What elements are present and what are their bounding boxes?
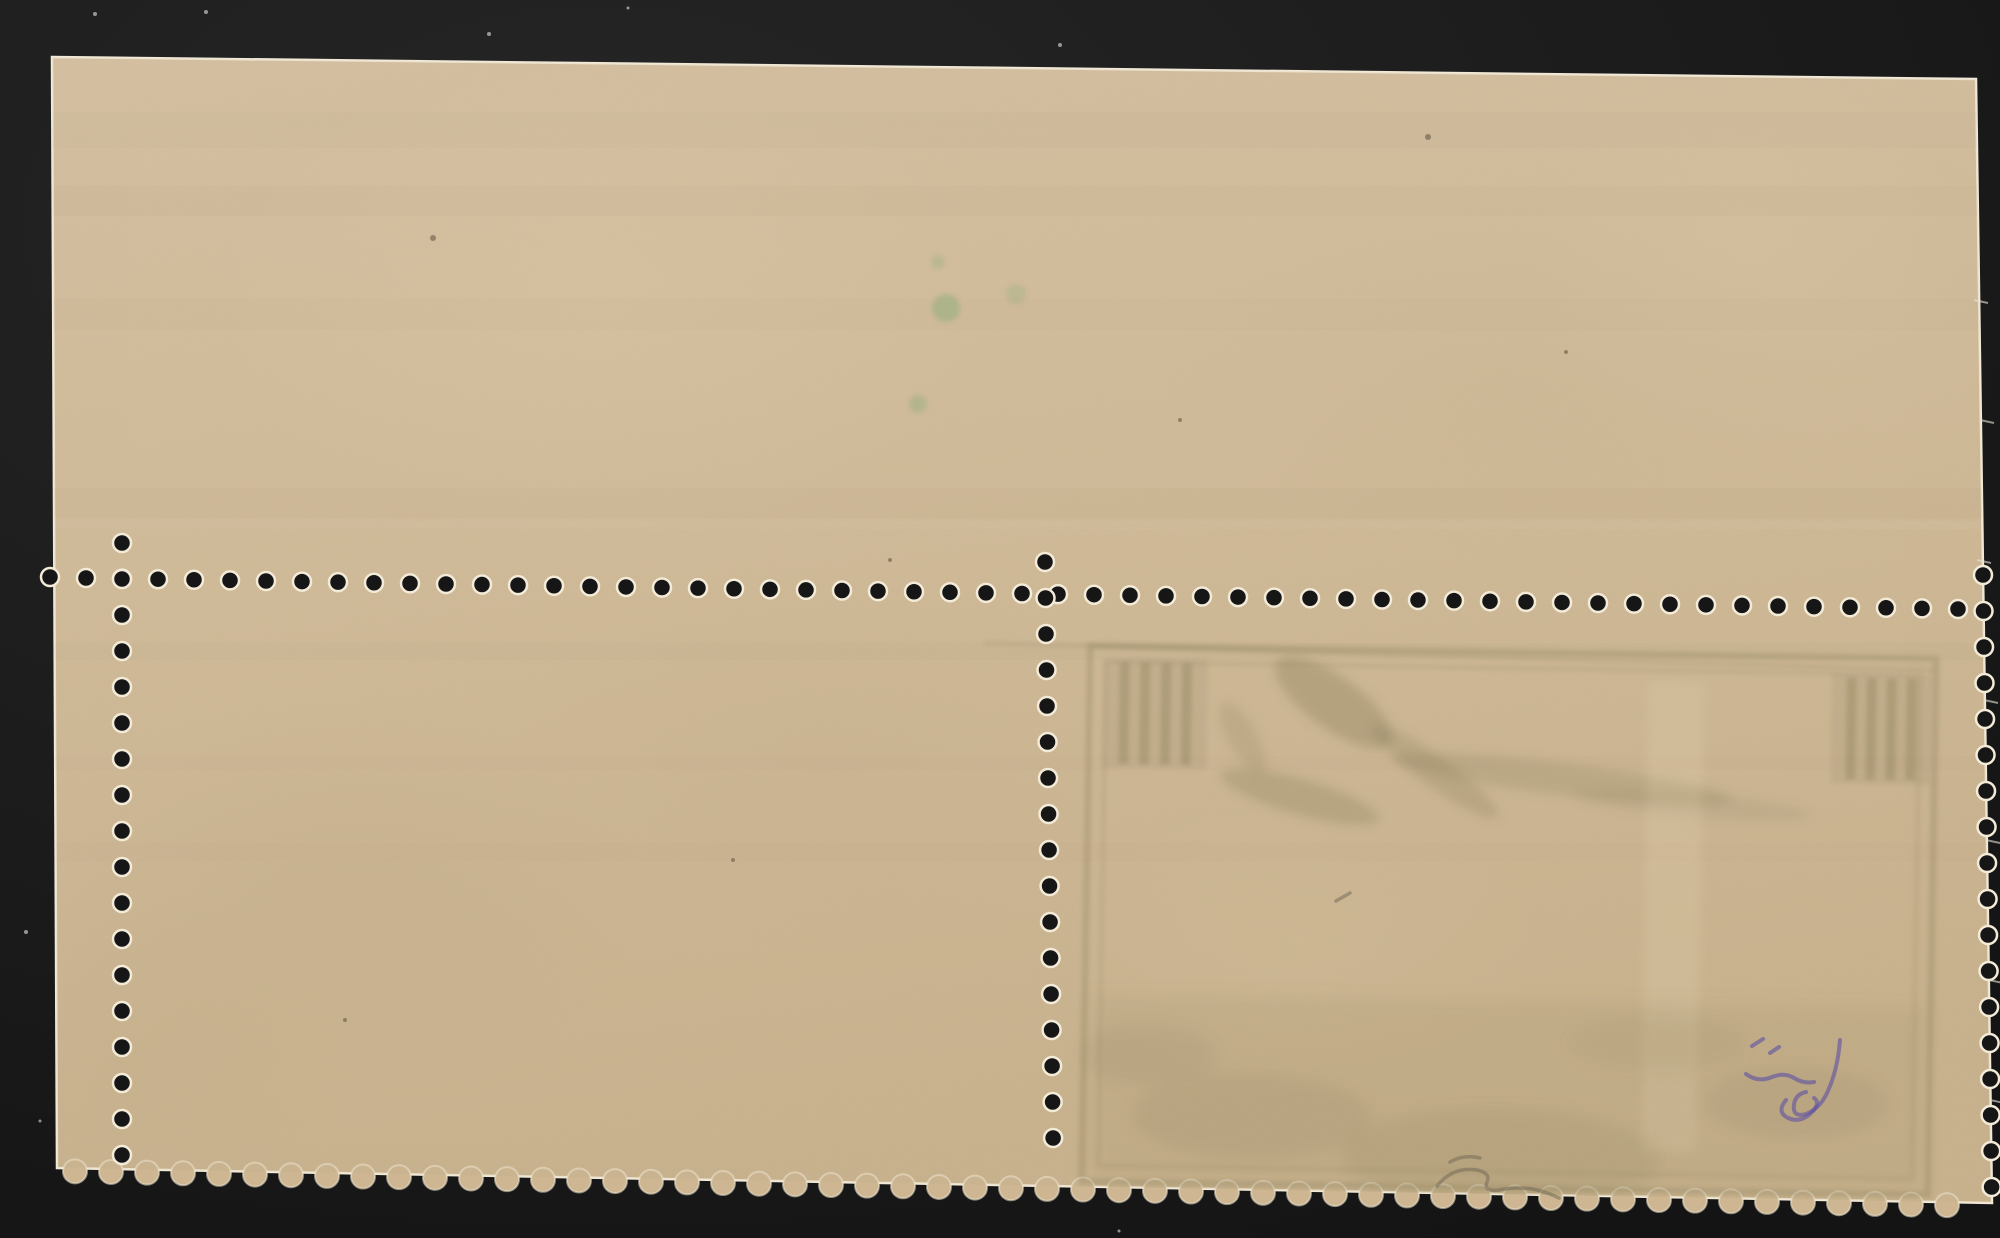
mottle-patch: [500, 560, 1140, 960]
perforation-hole: [1085, 586, 1103, 604]
perforation-hole: [1039, 733, 1057, 751]
perforation-hole: [257, 572, 275, 590]
perforation-hole: [1038, 661, 1056, 679]
green-smudge: [909, 395, 927, 413]
perforation-hole: [1040, 805, 1058, 823]
perforation-hole: [1733, 596, 1751, 614]
perforation-hole: [1042, 985, 1060, 1003]
right-edge-bite: [1982, 1106, 2000, 1124]
right-edge-bite: [1980, 998, 1998, 1016]
perforation-hole: [401, 574, 419, 592]
showthrough-value-tablet: [1830, 673, 1932, 785]
perforation-hole: [1769, 597, 1787, 615]
perforation-hole: [1805, 598, 1823, 616]
paper-speck: [888, 558, 892, 562]
perforation-hole: [113, 1110, 131, 1128]
perforation-hole: [977, 584, 995, 602]
perforation-hole: [113, 1146, 131, 1164]
perforation-hole: [1337, 590, 1355, 608]
tablet-bar: [1885, 678, 1897, 780]
perforation-hole: [77, 569, 95, 587]
tablet-bar: [1181, 663, 1193, 765]
tablet-bar: [1118, 662, 1130, 764]
green-smudge: [931, 255, 945, 269]
perforation-hole: [1697, 596, 1715, 614]
perforation-hole: [1193, 587, 1211, 605]
tablet-fill: [1102, 658, 1208, 770]
right-edge-bite: [1975, 602, 1993, 620]
tablet-bar: [1160, 663, 1172, 765]
right-edge-bite: [1979, 890, 1997, 908]
tablet-bar: [1139, 662, 1151, 764]
perforation-hole: [113, 570, 131, 588]
dust-speck: [39, 1120, 42, 1123]
edge-half-hole: [41, 568, 59, 586]
perforation-hole: [653, 579, 671, 597]
perforation-hole: [221, 571, 239, 589]
perforation-hole: [1553, 593, 1571, 611]
perforation-hole: [185, 571, 203, 589]
perforation-hole: [1043, 1021, 1061, 1039]
perforation-hole: [1445, 592, 1463, 610]
perforation-hole: [1517, 593, 1535, 611]
perforation-hole: [1625, 595, 1643, 613]
right-edge-bite: [1979, 926, 1997, 944]
right-edge-bite: [1978, 854, 1996, 872]
perforation-hole: [113, 822, 131, 840]
right-edge-bite: [1976, 674, 1994, 692]
perforation-hole: [437, 575, 455, 593]
perforation-hole: [149, 570, 167, 588]
showthrough-value-tablet: [1102, 658, 1208, 770]
perforation-hole: [1877, 599, 1895, 617]
perforation-hole: [473, 576, 491, 594]
paper-speck: [1564, 350, 1568, 354]
stamp-scan-stage: Scanned back of a mint corner-margin sin…: [0, 0, 2000, 1238]
perforation-hole: [113, 1074, 131, 1092]
perforation-hole: [1913, 599, 1931, 617]
perforation-hole: [1841, 598, 1859, 616]
dust-speck: [627, 7, 630, 10]
dust-speck: [204, 10, 208, 14]
perforation-hole: [941, 583, 959, 601]
perforation-hole: [113, 786, 131, 804]
perforation-hole: [1661, 595, 1679, 613]
tablet-bar: [1865, 678, 1877, 780]
perforation-hole: [905, 583, 923, 601]
perforation-hole: [1589, 594, 1607, 612]
right-edge-bite: [1974, 566, 1992, 584]
perforation-hole: [1301, 589, 1319, 607]
dust-speck: [1058, 43, 1062, 47]
perforation-hole: [1157, 587, 1175, 605]
perforation-hole: [617, 578, 635, 596]
perforation-hole: [113, 606, 131, 624]
right-edge-bite: [1980, 962, 1998, 980]
perforation-hole: [1481, 592, 1499, 610]
perforation-hole: [1013, 585, 1031, 603]
perforation-hole: [545, 577, 563, 595]
perforation-hole: [293, 573, 311, 591]
perforation-hole: [1037, 589, 1055, 607]
right-edge-bite: [1978, 818, 1996, 836]
paper-speck: [731, 858, 735, 862]
perforation-hole: [113, 894, 131, 912]
perforation-hole: [1038, 697, 1056, 715]
perforation-hole: [509, 576, 527, 594]
right-edge-bite: [1977, 782, 1995, 800]
perforation-hole: [113, 534, 131, 552]
right-edge-bite: [1983, 1178, 2000, 1196]
perforation-hole: [869, 582, 887, 600]
perforation-hole: [113, 750, 131, 768]
perforation-hole: [113, 642, 131, 660]
perforation-hole: [113, 1038, 131, 1056]
green-smudge: [1006, 284, 1026, 304]
perforation-hole: [329, 573, 347, 591]
perforation-hole: [1949, 600, 1967, 618]
perforation-hole: [113, 858, 131, 876]
perforation-hole: [113, 714, 131, 732]
paper-speck: [1425, 134, 1431, 140]
perforation-hole: [833, 582, 851, 600]
perforation-hole: [365, 574, 383, 592]
right-edge-bite: [1982, 1142, 2000, 1160]
dust-speck: [24, 930, 28, 934]
perforation-hole: [113, 966, 131, 984]
perforation-hole: [113, 1002, 131, 1020]
perforation-hole: [725, 580, 743, 598]
perforation-hole: [797, 581, 815, 599]
paper-speck: [430, 235, 436, 241]
perforation-hole: [1042, 949, 1060, 967]
right-edge-bite: [1977, 746, 1995, 764]
right-edge-bite: [1976, 710, 1994, 728]
perforation-hole: [1373, 590, 1391, 608]
dust-speck: [1118, 1230, 1121, 1233]
perforation-hole: [581, 577, 599, 595]
perforation-hole: [1041, 913, 1059, 931]
perforation-hole: [1041, 877, 1059, 895]
paper-speck: [343, 1018, 347, 1022]
right-edge-bite: [1975, 638, 1993, 656]
perforation-hole: [113, 678, 131, 696]
tablet-bar: [1905, 678, 1917, 780]
paper-speck: [1178, 418, 1182, 422]
perforation-hole: [1036, 553, 1054, 571]
perforation-hole: [1044, 1129, 1062, 1147]
perforation-hole: [113, 930, 131, 948]
mottle-patch: [200, 50, 1000, 550]
perforation-hole: [1044, 1093, 1062, 1111]
perforation-hole: [1043, 1057, 1061, 1075]
tablet-bar: [1845, 677, 1857, 779]
perforation-hole: [1265, 589, 1283, 607]
green-smudge: [932, 294, 960, 322]
perforation-hole: [1121, 586, 1139, 604]
perforation-hole: [1037, 625, 1055, 643]
perforation-hole: [1409, 591, 1427, 609]
perforation-hole: [1229, 588, 1247, 606]
dust-speck: [487, 32, 491, 36]
right-edge-bite: [1981, 1034, 1999, 1052]
dust-speck: [93, 12, 97, 16]
perforation-hole: [1040, 841, 1058, 859]
mottle-patch: [1520, 50, 1980, 450]
stamp-scan: Scanned back of a mint corner-margin sin…: [0, 0, 2000, 1238]
perforation-hole: [1039, 769, 1057, 787]
right-edge-bite: [1981, 1070, 1999, 1088]
perforation-hole: [689, 579, 707, 597]
perforation-hole: [761, 580, 779, 598]
